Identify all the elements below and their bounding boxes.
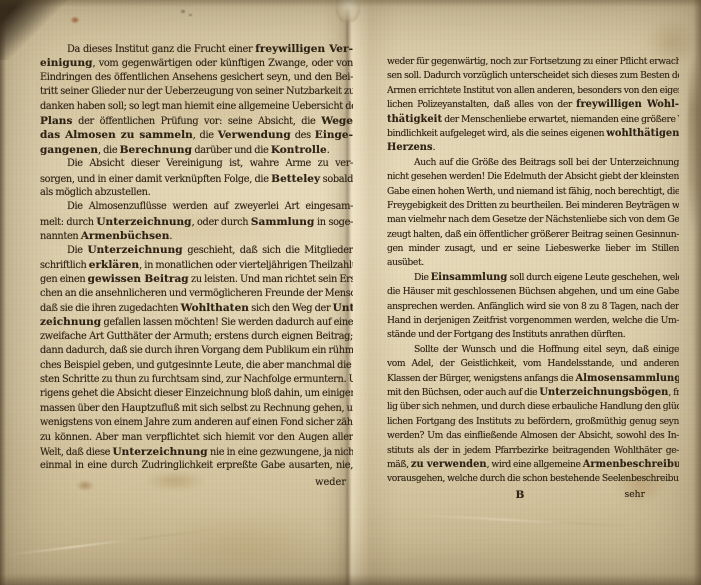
text-line: Die Einsammlung soll durch eigene Leute … (387, 271, 679, 285)
text-line: thätigkeit der Menschenliebe erwartet, n… (387, 113, 679, 127)
background-corner-shadow (0, 0, 74, 60)
text-line: das Almosen zu sammeln, die Verwendung d… (40, 128, 353, 142)
page-edge-shadow-bottom (0, 574, 701, 585)
text-line: vorausgehen, welche durch die schon best… (387, 472, 679, 486)
page-edge-shadow-left (0, 0, 6, 585)
text-line: einmal in eine durch Zudringlichkeit erp… (40, 459, 353, 473)
text-line: ches Beispiel geben, und gutgesinnte Leu… (40, 359, 353, 373)
text-line: Die Absicht dieser Vereinigung ist, wahr… (40, 157, 353, 171)
text-line: gangenen, die Berechnung darüber und die… (40, 143, 353, 157)
text-line: zweifache Art Gutthäter der Armuth; erst… (40, 330, 353, 344)
left-page-catchword: weder (40, 477, 346, 488)
text-line: massen über den Hauptzufluß mit sich sel… (40, 402, 353, 416)
text-line: Armen errichtete Institut von allen ande… (387, 84, 679, 98)
text-line: wenigstens von einem Jahre zum anderen a… (40, 416, 353, 430)
right-page-signature-row: B sehr (387, 489, 679, 503)
text-line: Gabe einen hohen Werth, und niemand ist … (387, 185, 679, 199)
text-line: bindlichkeit aufgeleget wird, als die se… (387, 127, 679, 141)
text-line: gen minder zusagt, und er seine Liebeswe… (387, 242, 679, 256)
text-line: weder für gegenwärtig, noch zur Fortsetz… (387, 55, 679, 69)
text-line: ansprechen werden. Anfänglich wird sie v… (387, 300, 679, 314)
text-line: Sollte der Wunsch und die Hoffnung eitel… (387, 343, 679, 357)
page-edge-shadow-right (693, 0, 701, 585)
text-line: werden? Um das einfließende Almosen der … (387, 429, 679, 443)
text-line: sen soll. Dadurch vorzüglich unterscheid… (387, 69, 679, 83)
text-line: ausübet. (387, 256, 679, 270)
text-line: rigens gehet die Absicht dieser Einzeich… (40, 387, 353, 401)
text-line: tritt seiner Glieder nur der Ueberzeugun… (40, 85, 353, 99)
text-line: Herzens. (387, 141, 679, 155)
text-line: Freygebigkeit des Dritten zu beurtheilen… (387, 199, 679, 213)
text-line: sorgen, und in einer damit verknüpften F… (40, 172, 353, 186)
text-line: stituts als der in jedem Pfarrbezirke be… (387, 444, 679, 458)
text-line: schriftlich erklären, in monatlichen ode… (40, 258, 353, 272)
text-line: dann dadurch, daß sie durch ihren Vorgan… (40, 344, 353, 358)
signature-mark: B (515, 489, 524, 501)
right-page-text: weder für gegenwärtig, noch zur Fortsetz… (387, 55, 679, 487)
text-line: Eindringen des öffentlichen Ansehens ges… (40, 71, 353, 85)
text-line: Plans der öffentlichen Prüfung vor: sein… (40, 114, 353, 128)
catchword-text: weder (315, 477, 346, 488)
book-photo: Da dieses Institut ganz die Frucht einer… (0, 0, 701, 585)
text-line: Hand in derjenigen Zeitfrist vorgenommen… (387, 314, 679, 328)
text-line: mit den Büchsen, oder auch auf die Unter… (387, 386, 679, 400)
text-line: nicht gesehen werden! Die Edelmuth der A… (387, 170, 679, 184)
text-line: melt: durch Unterzeichnung, oder durch S… (40, 215, 353, 229)
text-line: chen an die ansehnlicheren und vermöglic… (40, 287, 353, 301)
text-line: Welt, daß diese Unterzeichnung nie in ei… (40, 445, 353, 459)
text-line: man vielmehr nach dem Gesetze der Nächst… (387, 213, 679, 227)
text-line: lig über sich nehmen, und durch diese er… (387, 400, 679, 414)
text-line: daß sie die ihren zugedachten Wohlthaten… (40, 301, 353, 315)
text-line: danken haben soll; so legt man hiemit ei… (40, 100, 353, 114)
text-line: lichen Polizeyanstalten, daß alles von d… (387, 98, 679, 112)
text-line: einigung, vom gegenwärtigen oder künftig… (40, 56, 353, 70)
text-line: nannten Armenbüchsen. (40, 229, 353, 243)
text-line: gen einen gewissen Beitrag zu leisten. U… (40, 272, 353, 286)
text-line: Klassen der Bürger, wenigstens anfangs d… (387, 372, 679, 386)
text-line: zeichnung gefallen lassen möchten! Sie w… (40, 315, 353, 329)
text-line: vom Adel, der Geistlichkeit, vom Handels… (387, 357, 679, 371)
page-edge-shadow-top (0, 0, 701, 7)
text-line: die Häuser mit geschlossenen Büchsen abg… (387, 285, 679, 299)
text-line: Die Unterzeichnung geschieht, daß sich d… (40, 243, 353, 257)
text-line: Auch auf die Größe des Beitrags soll bei… (387, 156, 679, 170)
text-line: lichen Fortgang des Instituts zu beförde… (387, 415, 679, 429)
text-line: Die Almosenzuflüsse werden auf zweyerlei… (40, 200, 353, 214)
text-line: stände und der Fortgang des Instituts an… (387, 328, 679, 342)
text-line: zeugt halten, daß ein öffentlicher größe… (387, 228, 679, 242)
left-page-text: Da dieses Institut ganz die Frucht einer… (40, 42, 353, 474)
text-line: als möglich abzustellen. (40, 186, 353, 200)
text-line: mäß, zu verwenden, wird eine allgemeine … (387, 458, 679, 472)
catchword-text: sehr (625, 489, 645, 500)
text-line: Da dieses Institut ganz die Frucht einer… (40, 42, 353, 56)
text-line: zu können. Aber man verpflichtet sich hi… (40, 431, 353, 445)
text-line: sten Schritte zu thun zu furchtsam sind,… (40, 373, 353, 387)
